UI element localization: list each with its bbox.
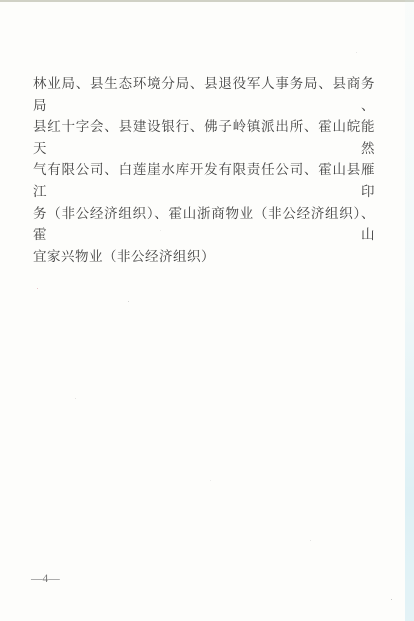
document-body-text: 林业局、县生态环境分局、县退役军人事务局、县商务局、 县红十字会、县建设银行、佛… xyxy=(33,73,375,267)
body-text-line: 气有限公司、白莲崖水库开发有限责任公司、霍山县雁江印 xyxy=(33,159,375,202)
body-text-line: 林业局、县生态环境分局、县退役军人事务局、县商务局、 xyxy=(33,73,375,116)
scan-noise-specks xyxy=(0,0,1,1)
body-text-line: 宜家兴物业（非公经济组织） xyxy=(33,246,375,268)
body-text-line: 务（非公经济组织）、霍山浙商物业（非公经济组织）、霍山 xyxy=(33,203,375,246)
page-number: —4— xyxy=(31,572,60,586)
body-text-line: 县红十字会、县建设银行、佛子岭镇派出所、霍山皖能天然 xyxy=(33,116,375,159)
scanned-document-page: 林业局、县生态环境分局、县退役军人事务局、县商务局、 县红十字会、县建设银行、佛… xyxy=(0,0,414,621)
scan-edge-right-tint xyxy=(405,0,414,621)
scan-edge-top-line xyxy=(0,0,414,2)
